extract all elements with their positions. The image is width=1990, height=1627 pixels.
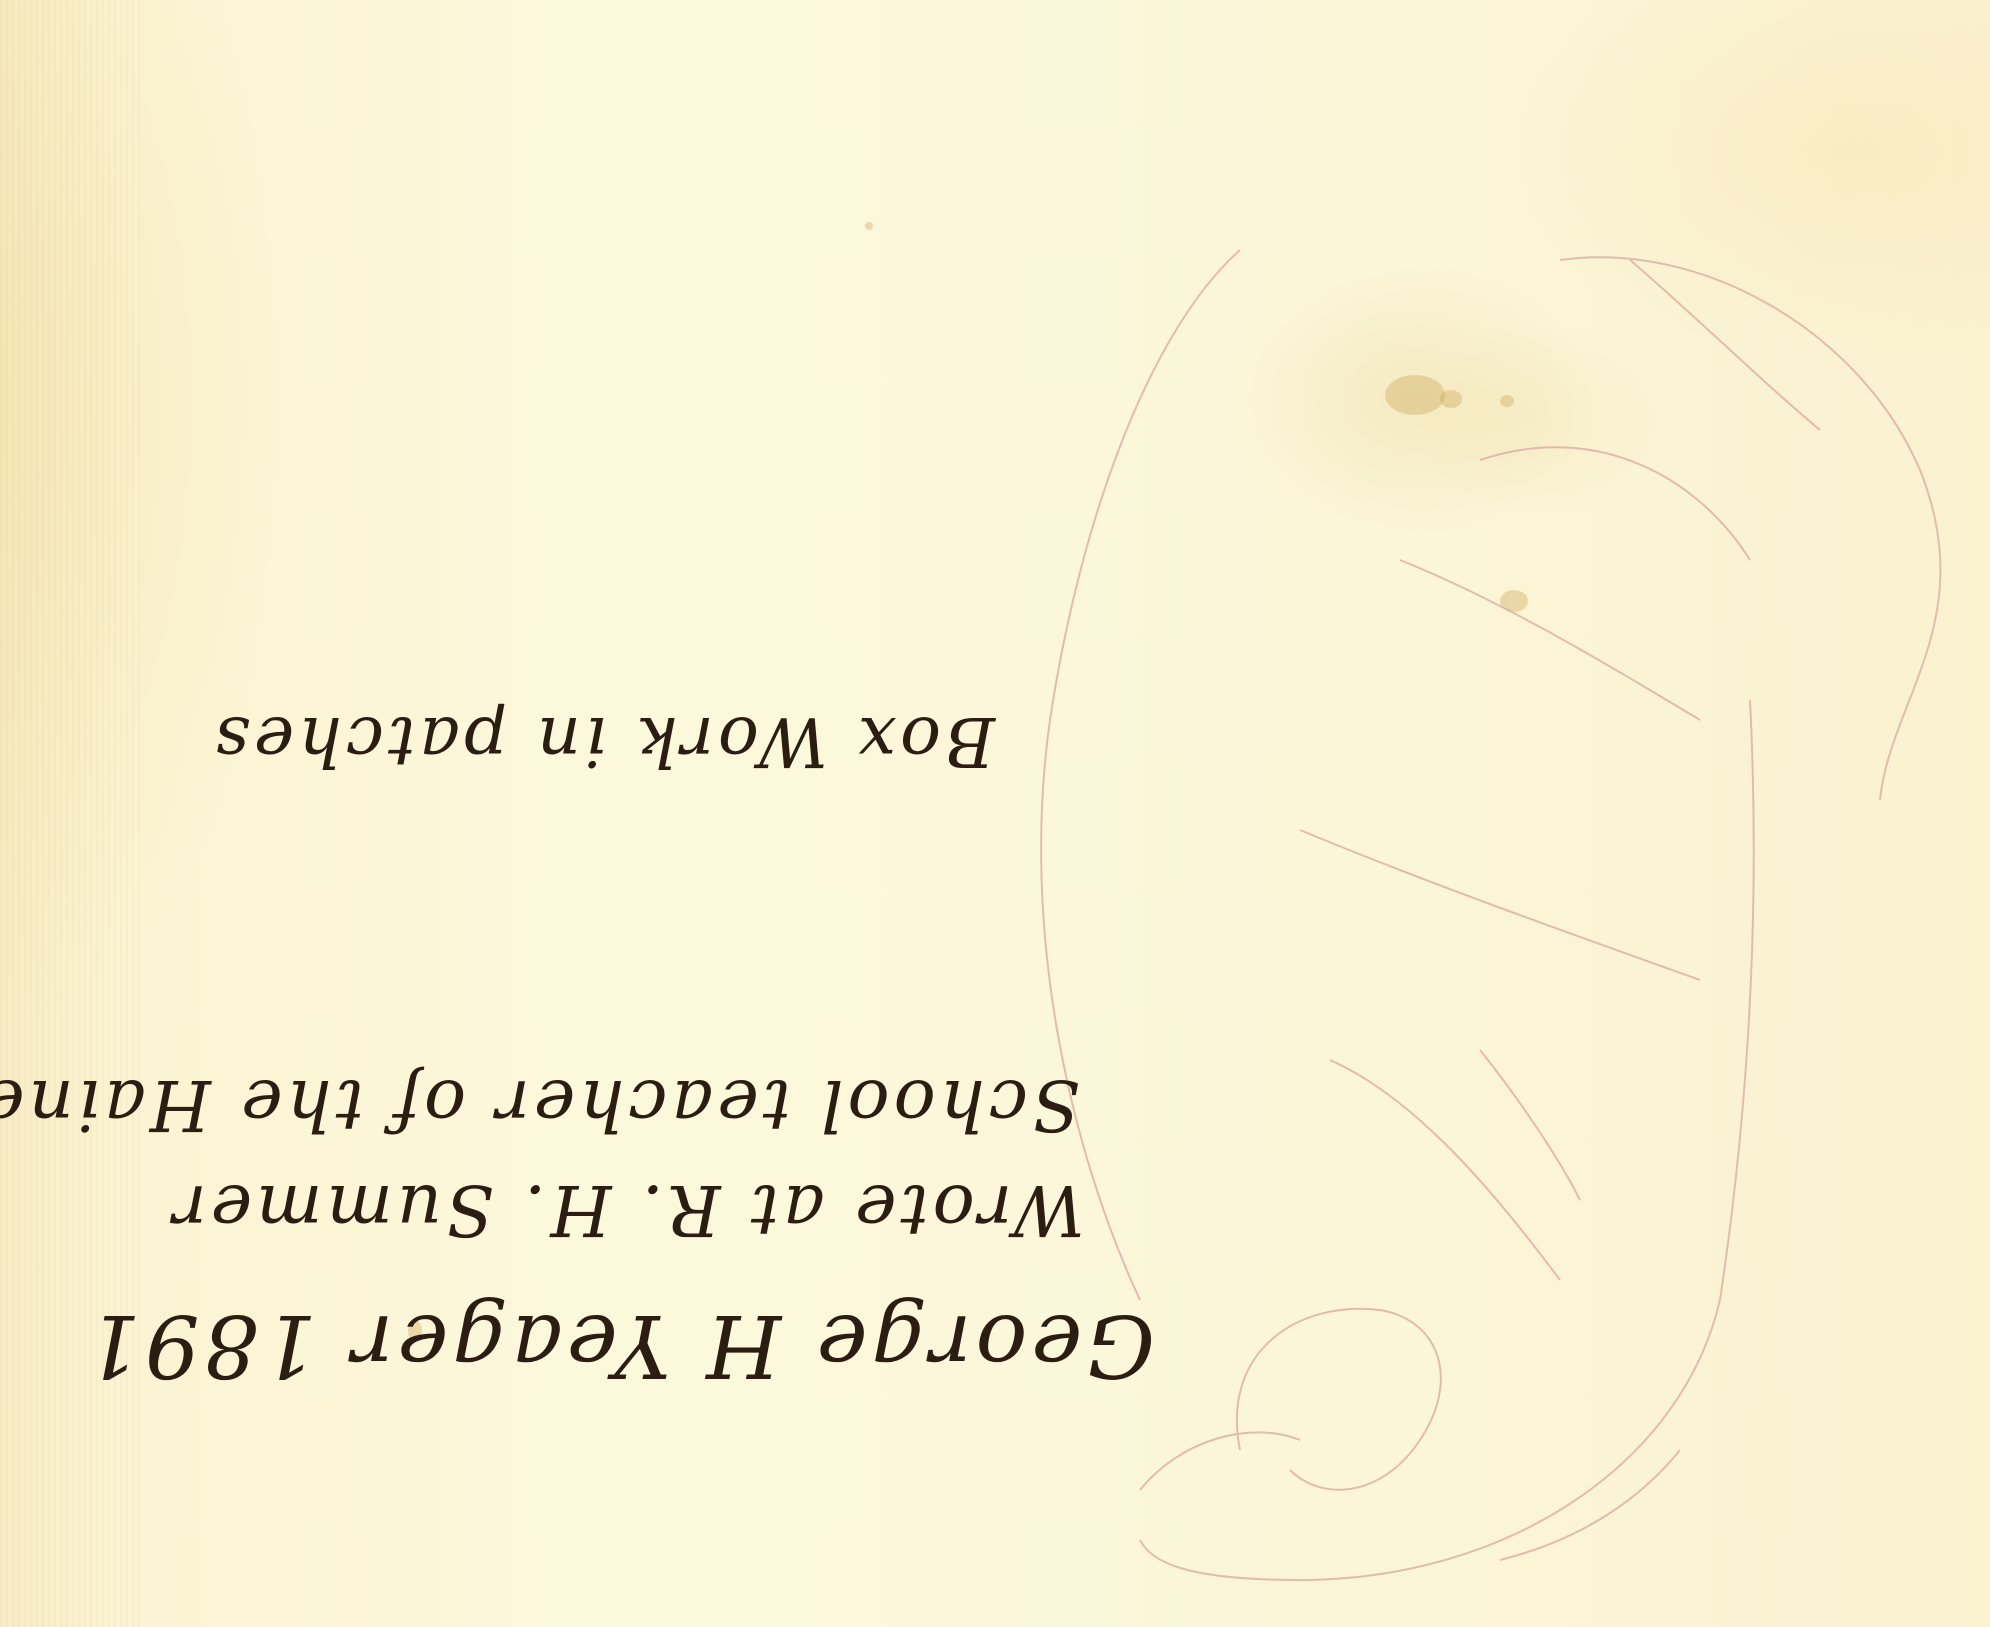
foxing-spot <box>1385 375 1445 415</box>
inscription-line-2: School teacher of the Haines <box>20 1045 1080 1165</box>
signature-line: George H Yeager 1891 <box>205 1270 1155 1420</box>
foxing-spot <box>1500 395 1514 407</box>
inscription-line-3: Wrote at R. H. Summer <box>125 1150 1085 1270</box>
foxing-spot <box>1440 390 1462 408</box>
foxing-spot <box>1500 590 1528 612</box>
aged-paper-page: Box Work in patches School teacher of th… <box>0 0 1990 1627</box>
inscription-line-1: Box Work in patches <box>255 685 995 795</box>
foxing-spot <box>865 222 873 230</box>
